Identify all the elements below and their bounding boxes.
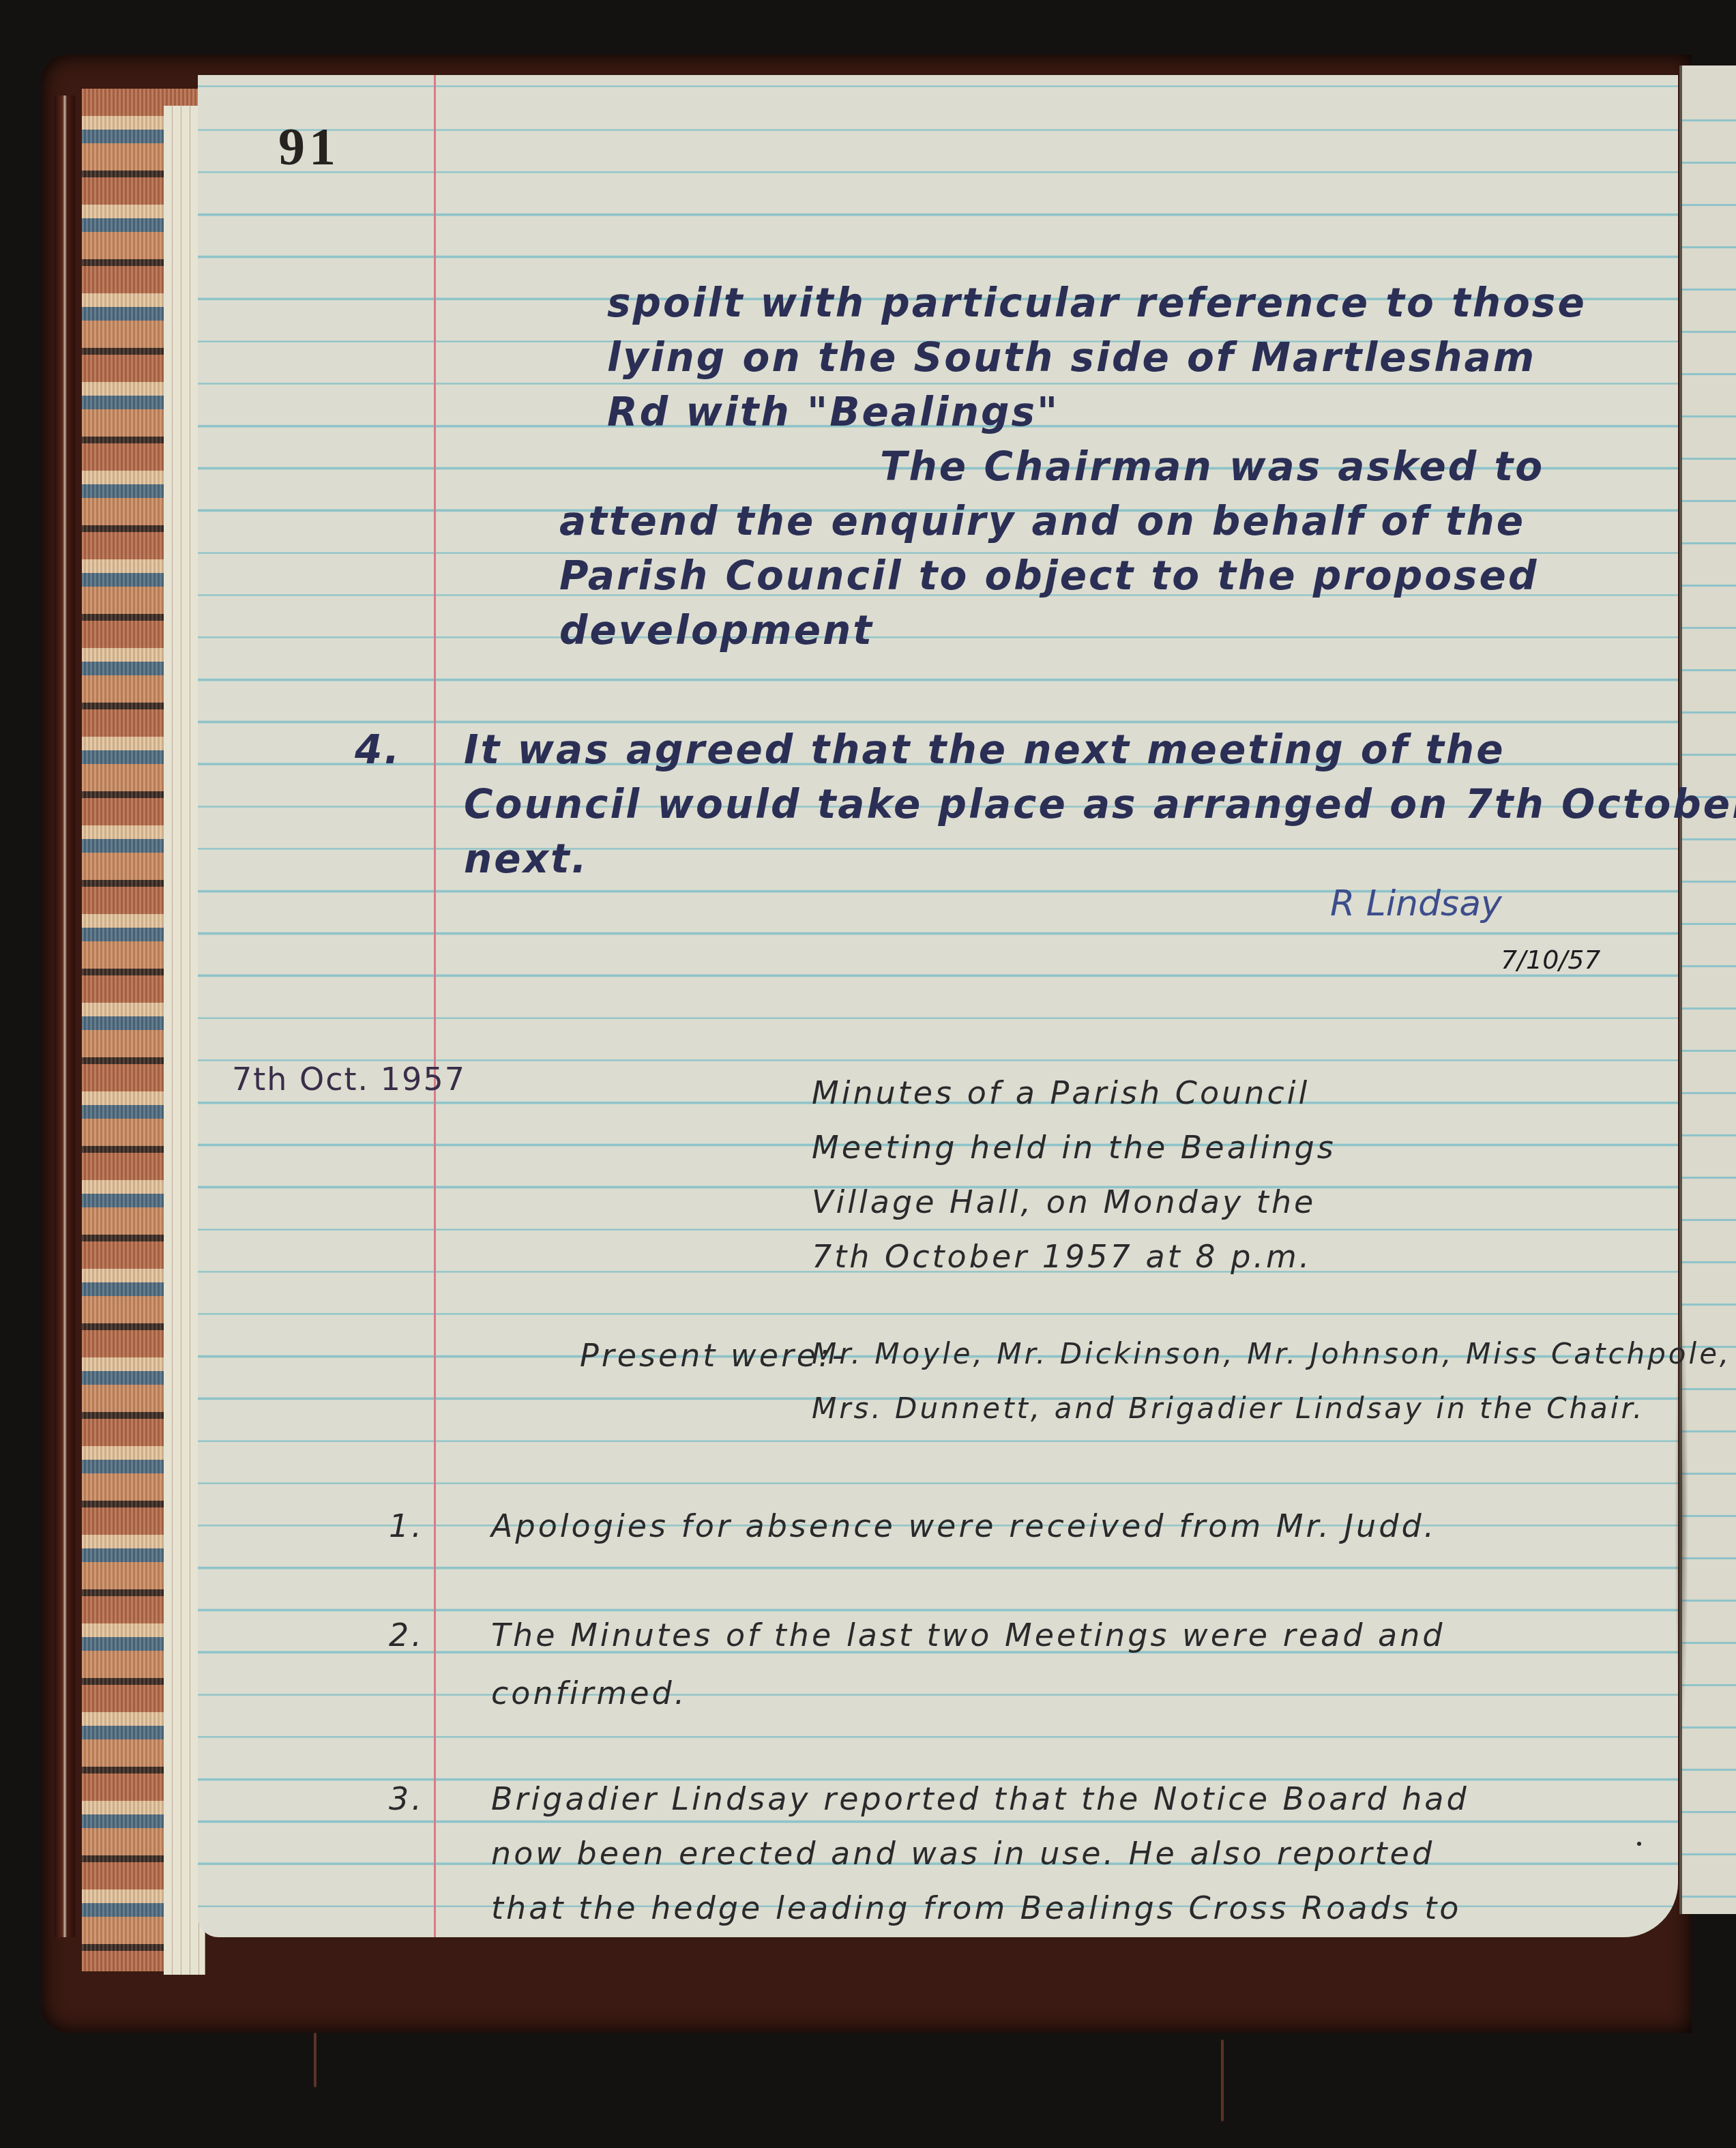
present-line: Mrs. Dunnett, and Brigadier Lindsay in t… xyxy=(812,1392,1645,1425)
entry-line: Parish Council to object to the proposed xyxy=(559,553,1538,599)
meeting-heading-line: 7th October 1957 at 8 p.m. xyxy=(812,1238,1312,1275)
meeting-heading-line: Minutes of a Parish Council xyxy=(812,1074,1310,1111)
item-line: next. xyxy=(464,836,589,882)
bookmark-ribbon xyxy=(1221,2040,1224,2121)
bookmark-ribbon xyxy=(314,2033,317,2087)
item-line: now been erected and was in use. He also… xyxy=(491,1835,1435,1872)
book-spine-edge xyxy=(55,95,75,1937)
entry-line: spoilt with particular reference to thos… xyxy=(607,280,1587,326)
item-line: Council would take place as arranged on … xyxy=(464,781,1736,827)
meeting-heading-line: Meeting held in the Bealings xyxy=(812,1129,1336,1166)
entry-line: development xyxy=(559,607,874,653)
margin-date: 7th Oct. 1957 xyxy=(232,1061,466,1098)
ink-fleck xyxy=(1637,1842,1641,1846)
item-line: Brigadier Lindsay reported that the Noti… xyxy=(491,1780,1469,1817)
red-margin-line xyxy=(434,75,436,1937)
item-line: that the hedge leading from Bealings Cro… xyxy=(491,1889,1461,1926)
item-line: confirmed. xyxy=(491,1675,687,1711)
meeting-heading-line: Village Hall, on Monday the xyxy=(812,1183,1316,1220)
item-number: 1. xyxy=(389,1507,424,1544)
signature: R Lindsay xyxy=(1330,883,1502,924)
present-label: Present were:- xyxy=(580,1337,846,1374)
entry-line: lying on the South side of Martlesham xyxy=(607,334,1536,381)
signature-date: 7/10/57 xyxy=(1501,945,1601,975)
entry-line: The Chairman was asked to xyxy=(880,443,1544,490)
ledger-page: 91 spoilt with particular reference to t… xyxy=(198,75,1678,1937)
item-line: It was agreed that the next meeting of t… xyxy=(464,726,1505,773)
gutter-stain xyxy=(1675,1296,1688,1739)
item-line: Apologies for absence were received from… xyxy=(491,1507,1437,1544)
entry-line: Rd with "Bealings" xyxy=(607,389,1059,435)
entry-line: attend the enquiry and on behalf of the xyxy=(559,498,1525,544)
page-number: 91 xyxy=(278,116,340,177)
item-line: The Minutes of the last two Meetings wer… xyxy=(491,1617,1445,1653)
item-number: 2. xyxy=(389,1617,424,1653)
item-number: 3. xyxy=(389,1780,424,1817)
item-number: 4. xyxy=(355,726,401,773)
present-line: Mr. Moyle, Mr. Dickinson, Mr. Johnson, M… xyxy=(812,1337,1731,1370)
